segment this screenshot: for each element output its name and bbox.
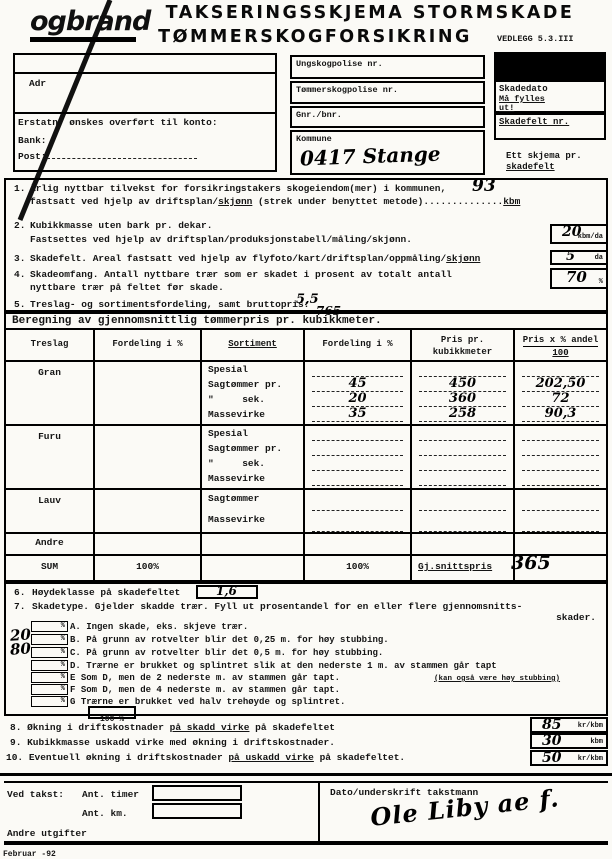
gran-fordeling-total-cell[interactable] <box>95 362 202 424</box>
option-b-row: B. På grunn av rotvelter blir det 0,25 m… <box>70 634 389 646</box>
item2-line2: Fastsettes ved hjelp av driftsplan/produ… <box>30 234 412 246</box>
value-line[interactable] <box>419 471 506 486</box>
value-line[interactable]: 360 <box>419 392 506 407</box>
item3-unit: da <box>595 254 603 262</box>
option-c-text: På grunn av rotvelter blir det 0,5 m. fo… <box>86 648 383 658</box>
ved-takst-label: Ved takst: <box>7 789 64 801</box>
gran-fordeling-cell[interactable]: 45 20 35 <box>305 362 412 424</box>
item4-line2: nyttbare trær på feltet før skade. <box>30 282 224 294</box>
gran-fordeling-massevirke: 35 <box>312 406 403 421</box>
percent-sign: % <box>61 661 65 670</box>
total-percent-box: 100 % <box>88 706 136 719</box>
ut-label: ut! <box>496 104 604 113</box>
option-f-letter: F <box>70 685 75 695</box>
item3-pre: Skadefelt. Areal fastsatt ved hjelp av f… <box>30 253 446 264</box>
value-line[interactable]: 45 <box>312 377 403 392</box>
item5-line: Treslag- og sortimentsfordeling, samt br… <box>30 299 309 311</box>
header-pris-line1: Pris pr. <box>412 334 513 346</box>
skadefelt-nr-field[interactable]: Skadefelt nr. <box>494 113 606 140</box>
value-line[interactable] <box>312 456 403 471</box>
item3-line: Skadefelt. Areal fastsatt ved hjelp av f… <box>30 253 480 265</box>
tommerskogpolise-field[interactable]: Tømmerskogpolise nr. <box>290 81 485 104</box>
option-a-letter: A. <box>70 622 81 632</box>
insured-info-box: Adr Erstatn. ønskes overført til konto: … <box>13 53 277 172</box>
lauv-treslag-cell: Lauv <box>6 490 95 532</box>
item4-number: 4. <box>14 269 25 281</box>
black-header-block <box>494 52 606 80</box>
furu-sort-massevirke: Massevirke <box>202 471 303 486</box>
andre-fordeling-cell[interactable] <box>305 534 412 554</box>
value-line[interactable]: 20 <box>312 392 403 407</box>
gran-sortiment-cell: Spesial Sagtømmer pr. " sek. Massevirke <box>202 362 305 424</box>
lauv-andel-cell[interactable] <box>515 490 606 532</box>
item4-handwritten-value: 70 <box>566 268 587 286</box>
items-1-5-box: 1. Årlig nyttbar tilvekst for forsikring… <box>4 178 608 312</box>
item8-unit: kr/kbm <box>578 722 603 730</box>
andre-andel-cell[interactable] <box>515 534 606 554</box>
item7-line2: skader. <box>476 612 596 624</box>
option-d-percent-box[interactable]: % <box>31 660 68 671</box>
gjsnittspris-value-cell[interactable]: 365 <box>515 556 606 580</box>
header-sortiment: Sortiment <box>202 330 305 360</box>
option-d-row: D. Trærne er brukket og splintret slik a… <box>70 660 497 672</box>
item2-value-box[interactable]: 20 kbm/da <box>550 224 608 244</box>
furu-sortiment-cell: Spesial Sagtømmer pr. " sek. Massevirke <box>202 426 305 488</box>
lauv-pris-cell[interactable] <box>412 490 515 532</box>
option-f-row: F Som D, men de 4 nederste m. av stammen… <box>70 684 340 696</box>
logo-underline-bar <box>30 37 136 42</box>
item8-number: 8. <box>10 722 21 733</box>
ant-km-label: Ant. km. <box>82 808 128 820</box>
value-line[interactable]: 258 <box>419 407 506 422</box>
value-line[interactable] <box>312 441 403 456</box>
item3-value-box[interactable]: 5 da <box>550 250 608 265</box>
table-row-gran: Gran Spesial Sagtømmer pr. " sek. Massev… <box>6 362 606 426</box>
item6-value-box[interactable]: 1,6 <box>196 585 258 599</box>
post-line <box>47 158 197 159</box>
lauv-fordeling-cell[interactable] <box>305 490 412 532</box>
gran-andel-massevirke: 90,3 <box>522 406 599 421</box>
bottom-section: Ved takst: Ant. timer Ant. km. Andre utg… <box>4 781 608 845</box>
ungskogpolise-field[interactable]: Ungskogpolise nr. <box>290 55 485 79</box>
item1-line2-pre: fastsatt ved hjelp av driftsplan/ <box>30 196 218 207</box>
gran-andel-sagtommer: 202,50 <box>522 376 599 391</box>
lauv-fordeling-total-cell[interactable] <box>95 490 202 532</box>
value-line[interactable] <box>419 426 506 441</box>
item8-pre: Økning i driftskostnader <box>27 722 170 733</box>
option-b-percent-box[interactable]: % <box>31 634 68 645</box>
gran-sort-sagtommer-prima: Sagtømmer pr. <box>202 377 303 392</box>
furu-treslag-cell: Furu <box>6 426 95 488</box>
kommune-handwritten-value: 0417 Stange <box>300 142 441 171</box>
item2-unit: kbm/da <box>578 233 603 241</box>
gran-pris-sekunda: 360 <box>419 391 506 406</box>
item4-value-box[interactable]: 70 % <box>550 268 608 289</box>
furu-sort-spesial: Spesial <box>202 426 303 441</box>
gjsnittspris-cell: Gj.snittspris <box>412 556 515 580</box>
gran-andel-sekunda: 72 <box>522 391 599 406</box>
item1-unit: kbm <box>503 196 520 207</box>
value-line[interactable] <box>419 456 506 471</box>
option-g-percent-box[interactable]: % <box>31 696 68 707</box>
option-c-handwritten-value: 80 <box>9 639 31 658</box>
tommerskogpolise-label: Tømmerskogpolise nr. <box>292 83 483 96</box>
skogbrand-logo: ogbrand <box>30 6 150 37</box>
item8-line: 8. Økning i driftskostnader på skadd vir… <box>10 722 335 734</box>
item10-handwritten-value: 50 <box>542 750 561 766</box>
gran-fordeling-sagtommer: 45 <box>312 376 403 391</box>
item9-number: 9. <box>10 737 21 748</box>
option-c-letter: C. <box>70 648 81 658</box>
percent-sign: % <box>61 685 65 694</box>
item6-label: Høydeklasse på skadefeltet <box>32 587 180 599</box>
option-c-percent-box[interactable]: % <box>31 647 68 658</box>
percent-sign: % <box>61 648 65 657</box>
value-line[interactable] <box>522 471 599 486</box>
option-g-letter: G <box>70 697 75 707</box>
gran-label: Gran <box>38 367 61 378</box>
furu-label: Furu <box>38 431 61 442</box>
header-treslag: Treslag <box>6 330 95 360</box>
item6-handwritten-value: 1,6 <box>216 584 237 598</box>
furu-sort-sagtommer-prima: Sagtømmer pr. <box>202 441 303 456</box>
item3-method-underlined: skjønn <box>446 253 480 264</box>
item1-method-underlined: skjønn <box>218 196 252 207</box>
item10-post: på skadefeltet. <box>314 752 405 763</box>
furu-fordeling-cell[interactable] <box>305 426 412 488</box>
item8-value-box[interactable]: 85 kr/kbm <box>530 717 608 733</box>
percent-sign: % <box>61 622 65 631</box>
item10-value-box[interactable]: 50 kr/kbm <box>530 750 608 766</box>
sum-fordeling1-value: 100% <box>136 561 159 572</box>
option-a-percent-box[interactable]: % <box>31 621 68 632</box>
option-f-percent-box[interactable]: % <box>31 684 68 695</box>
table-title: Beregning av gjennomsnittlig tømmerpris … <box>6 314 606 330</box>
item9-line: 9. Kubikkmasse uskadd virke med økning i… <box>10 737 335 749</box>
header-fordeling1: Fordeling i % <box>95 330 202 360</box>
item9-text: Kubikkmasse uskadd virke med økning i dr… <box>27 737 335 748</box>
header-andel-denominator: 100 <box>515 347 606 359</box>
sum-label-cell: SUM <box>6 556 95 580</box>
option-e-row: E Som D, men de 2 nederste m. av stammen… <box>70 672 340 684</box>
option-d-text: Trærne er brukket og splintret slik at d… <box>86 661 496 671</box>
item8-underlined: på skadd virke <box>170 722 250 733</box>
item8-handwritten-value: 85 <box>542 717 561 733</box>
item9-unit: kbm <box>590 738 603 746</box>
section-divider-rule <box>0 773 612 776</box>
lauv-sortiment-cell: Sagtømmer Massevirke <box>202 490 305 532</box>
percent-sign: % <box>61 635 65 644</box>
value-line[interactable] <box>419 362 506 377</box>
item10-unit: kr/kbm <box>578 755 603 763</box>
value-line[interactable] <box>419 441 506 456</box>
gran-sort-spesial: Spesial <box>202 362 303 377</box>
item7-line1: Skadetype. Gjelder skadde trær. Fyll ut … <box>32 601 522 613</box>
konto-label: Erstatn. ønskes overført til konto: <box>15 114 275 129</box>
item3-number: 3. <box>14 253 25 265</box>
andre-pris-cell[interactable] <box>412 534 515 554</box>
item4-line1: Skadeomfang. Antall nyttbare trær som er… <box>30 269 452 281</box>
item10-pre: Eventuell økning i driftskostnader <box>29 752 229 763</box>
value-line[interactable] <box>312 426 403 441</box>
item10-underlined: på uskadd virke <box>228 752 314 763</box>
gnr-bnr-field[interactable]: Gnr./bnr. <box>290 106 485 128</box>
items-6-7-box: 6. Høydeklasse på skadefeltet 1,6 7. Ska… <box>4 582 608 716</box>
furu-pris-cell[interactable] <box>412 426 515 488</box>
value-line[interactable] <box>312 471 403 486</box>
value-line[interactable]: 72 <box>522 392 599 407</box>
item1-dotted-line[interactable]: .............. <box>423 196 503 207</box>
value-line[interactable] <box>522 456 599 471</box>
header-fordeling2: Fordeling i % <box>305 330 412 360</box>
form-title-line1: TAKSERINGSSKJEMA STORMSKADE <box>150 3 590 23</box>
skadedato-field[interactable]: Skadedato Må fylles ut! <box>494 80 606 113</box>
value-line[interactable] <box>522 511 599 532</box>
kommune-field[interactable]: Kommune 0417 Stange <box>290 130 485 175</box>
value-line[interactable] <box>522 362 599 377</box>
post-field[interactable]: Post: <box>15 147 275 163</box>
furu-andel-cell[interactable] <box>515 426 606 488</box>
option-e-note: (kan også være høy stubbing) <box>434 673 560 685</box>
option-e-text: Som D, men de 2 nederste m. av stammen g… <box>81 673 340 683</box>
header-pris: Pris pr. kubikkmeter <box>412 330 515 360</box>
gran-sort-massevirke: Massevirke <box>202 407 303 422</box>
option-a-row: A. Ingen skade, eks. skjeve trær. <box>70 621 248 633</box>
gran-sort-sagtommer-sekunda: " sek. <box>202 392 303 407</box>
scanned-form-page: ogbrand TAKSERINGSSKJEMA STORMSKADE TØMM… <box>0 0 612 859</box>
option-c-row: C. På grunn av rotvelter blir det 0,5 m.… <box>70 647 383 659</box>
item2-line1: Kubikkmasse uten bark pr. dekar. <box>30 220 212 232</box>
lauv-label: Lauv <box>38 495 61 506</box>
value-line[interactable] <box>419 490 506 511</box>
form-revision-footer: Februar -92 <box>3 849 56 859</box>
value-line[interactable] <box>522 426 599 441</box>
item4-unit: % <box>599 278 603 286</box>
gran-andel-cell[interactable]: 202,50 72 90,3 <box>515 362 606 424</box>
gran-treslag-cell: Gran <box>6 362 95 424</box>
item1-line2-post: (strek under benyttet metode) <box>252 196 423 207</box>
option-f-text: Som D, men de 4 nederste m. av stammen g… <box>81 685 340 695</box>
bank-label: Bank: <box>18 135 47 146</box>
item10-line: 10. Eventuell økning i driftskostnader p… <box>6 752 405 764</box>
table-header-row: Treslag Fordeling i % Sortiment Fordelin… <box>6 330 606 362</box>
andre-utgifter-label: Andre utgifter <box>7 828 87 840</box>
value-line[interactable]: 202,50 <box>522 377 599 392</box>
furu-sort-sagtommer-sekunda: " sek. <box>202 456 303 471</box>
value-line[interactable]: 90,3 <box>522 407 599 422</box>
percent-sign: % <box>61 697 65 706</box>
name-field[interactable] <box>15 55 275 74</box>
gjsnittspris-label: Gj.snittspris <box>418 561 492 572</box>
gran-pris-cell[interactable]: 450 360 258 <box>412 362 515 424</box>
item1-line1: Årlig nyttbar tilvekst for forsikringsta… <box>30 183 446 195</box>
post-label: Post: <box>18 151 47 162</box>
gran-fordeling-sekunda: 20 <box>312 391 403 406</box>
item9-value-box[interactable]: 30 kbm <box>530 733 608 749</box>
table-row-lauv: Lauv Sagtømmer Massevirke <box>6 490 606 534</box>
gran-pris-sagtommer: 450 <box>419 376 506 391</box>
gjsnittspris-handwritten-value: 365 <box>511 552 551 574</box>
item9-handwritten-value: 30 <box>542 733 561 749</box>
percent-sign: % <box>61 673 65 682</box>
item5-number: 5. <box>14 299 25 311</box>
sum-label: SUM <box>41 561 58 572</box>
header-andel-numerator: Pris x % andel <box>523 334 599 347</box>
ungskogpolise-label: Ungskogpolise nr. <box>292 57 483 70</box>
gnr-bnr-label: Gnr./bnr. <box>292 108 483 121</box>
option-a-text: Ingen skade, eks. skjeve trær. <box>86 622 248 632</box>
table-row-furu: Furu Spesial Sagtømmer pr. " sek. Massev… <box>6 426 606 490</box>
bank-field[interactable]: Bank: <box>15 129 275 147</box>
option-b-text: På grunn av rotvelter blir det 0,25 m. f… <box>86 635 388 645</box>
option-e-letter: E <box>70 673 75 683</box>
item10-number: 10. <box>6 752 23 763</box>
form-title-line2: TØMMERSKOGFORSIKRING <box>150 27 480 47</box>
sum-fordeling2-value: 100% <box>346 561 369 572</box>
value-line[interactable] <box>522 490 599 511</box>
address-field[interactable]: Adr <box>15 74 275 114</box>
option-d-letter: D. <box>70 661 81 671</box>
value-line[interactable] <box>312 511 403 532</box>
item1-number: 1. <box>14 183 25 195</box>
value-line[interactable]: 35 <box>312 407 403 422</box>
andre-label: Andre <box>35 537 64 548</box>
item2-number: 2. <box>14 220 25 232</box>
vedlegg-ref: VEDLEGG 5.3.III <box>497 33 574 45</box>
ett-skjema-note2: skadefelt <box>506 161 555 173</box>
value-line[interactable] <box>522 441 599 456</box>
bottom-divider <box>318 783 320 843</box>
price-table: Beregning av gjennomsnittlig tømmerpris … <box>4 312 608 582</box>
ant-km-field[interactable] <box>152 803 242 819</box>
value-line[interactable] <box>419 511 506 532</box>
item8-post: på skadefeltet <box>249 722 335 733</box>
andre-fordeling-total-cell[interactable] <box>95 534 202 554</box>
andre-sortiment-cell[interactable] <box>202 534 305 554</box>
value-line[interactable]: 450 <box>419 377 506 392</box>
option-e-percent-box[interactable]: % <box>31 672 68 683</box>
andre-treslag-cell: Andre <box>6 534 95 554</box>
item3-handwritten-value: 5 <box>566 249 575 264</box>
item1-line2: fastsatt ved hjelp av driftsplan/skjønn … <box>30 196 520 208</box>
table-row-sum: SUM 100% 100% Gj.snittspris 365 <box>6 556 606 580</box>
option-b-letter: B. <box>70 635 81 645</box>
address-label: Adr <box>29 78 46 89</box>
ant-timer-label: Ant. timer <box>82 789 139 801</box>
value-line[interactable] <box>312 362 403 377</box>
sum-fordeling1-cell: 100% <box>95 556 202 580</box>
item1-handwritten-value: 93 <box>472 176 496 196</box>
item6-number: 6. <box>14 587 25 599</box>
ant-timer-field[interactable] <box>152 785 242 801</box>
lauv-sort-massevirke: Massevirke <box>202 511 303 532</box>
furu-fordeling-total-cell[interactable] <box>95 426 202 488</box>
sum-fordeling2-cell: 100% <box>305 556 412 580</box>
item7-number: 7. <box>14 601 25 613</box>
header-andel: Pris x % andel 100 <box>515 330 606 360</box>
lauv-sort-sagtommer: Sagtømmer <box>202 490 303 511</box>
sum-sortiment-cell <box>202 556 305 580</box>
value-line[interactable] <box>312 490 403 511</box>
gran-pris-massevirke: 258 <box>419 406 506 421</box>
skadefelt-nr-label: Skadefelt nr. <box>496 115 604 128</box>
header-pris-line2: kubikkmeter <box>412 346 513 358</box>
